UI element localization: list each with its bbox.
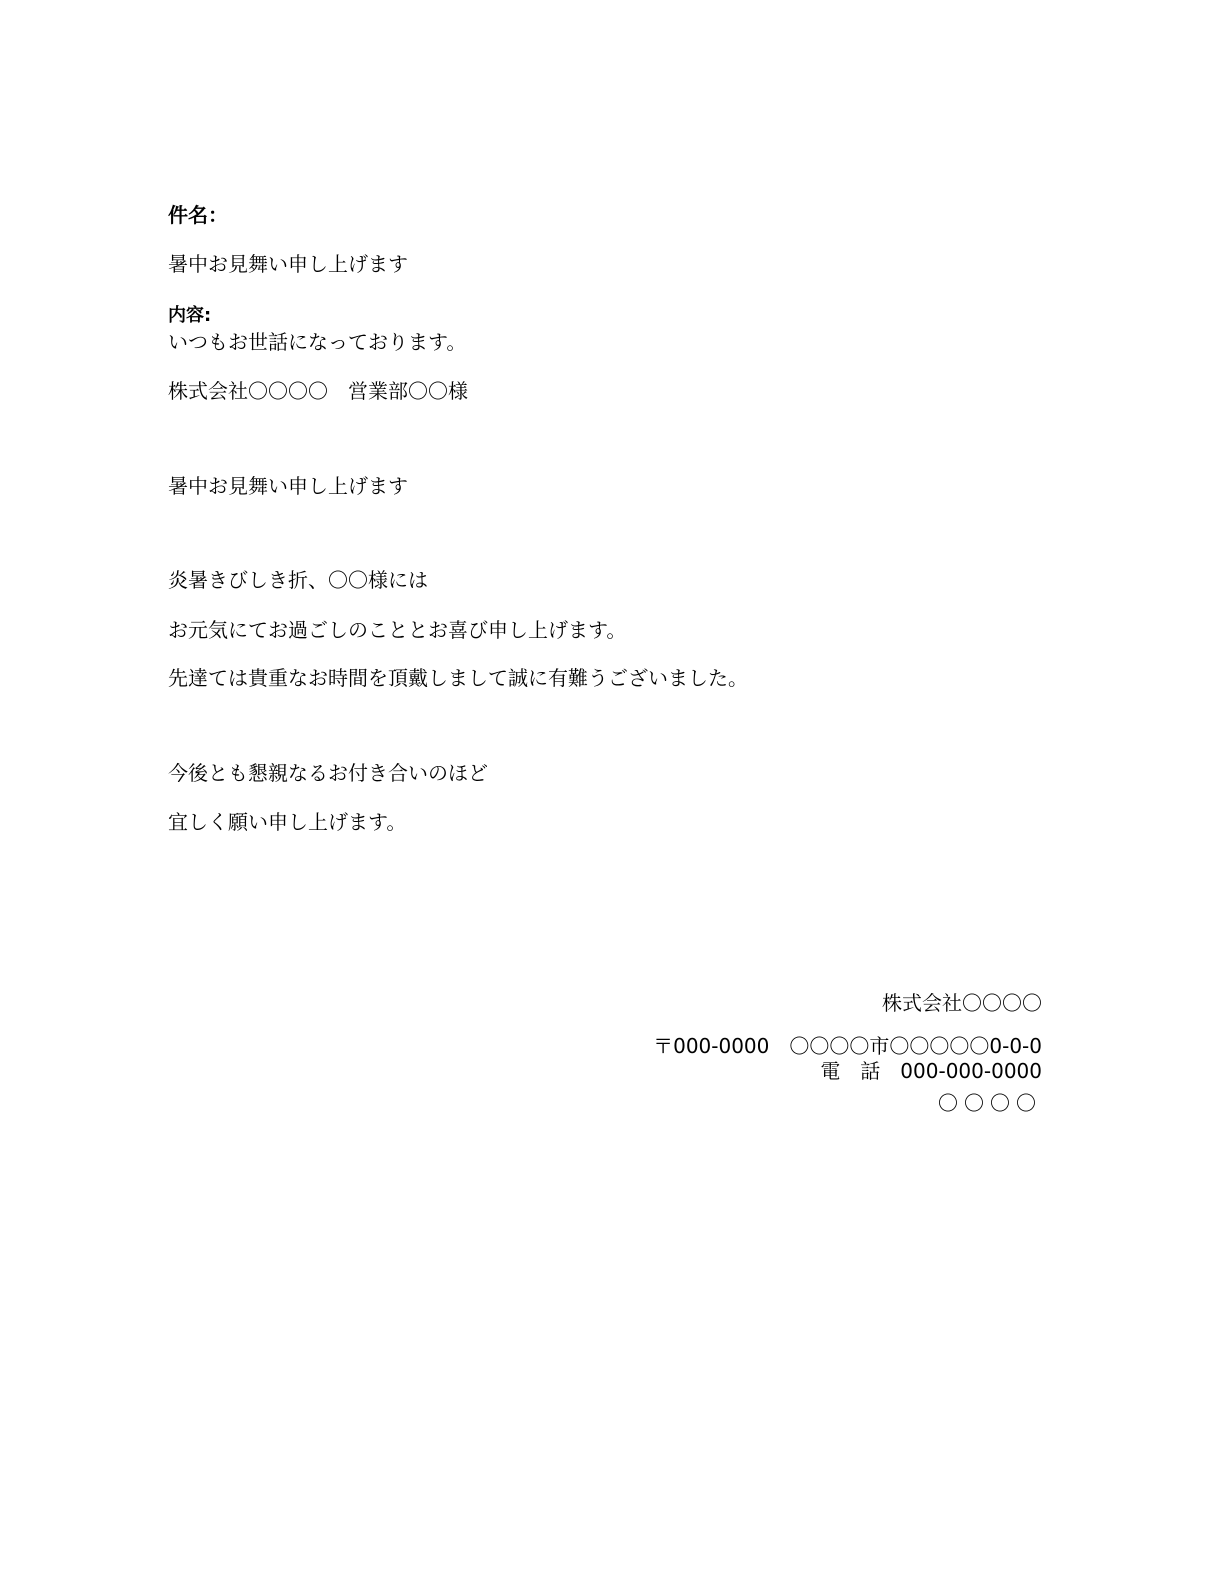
subject-label: 件名： (168, 203, 228, 227)
signature-address: 〒000-0000 〇〇〇〇市〇〇〇〇〇0-0-0 (653, 1034, 1042, 1058)
paragraph2-line: 今後とも懇親なるお付き合いのほど (168, 761, 488, 785)
recipient: 株式会社〇〇〇〇 営業部〇〇様 (168, 379, 468, 403)
signature-name: 〇〇〇〇 (938, 1091, 1042, 1115)
letter-title: 暑中お見舞い申し上げます (168, 474, 408, 498)
paragraph1-line: お元気にてお過ごしのこととお喜び申し上げます。 (168, 618, 626, 642)
greeting: いつもお世話になっております。 (168, 330, 466, 354)
signature-phone: 電 話 000-000-0000 (820, 1059, 1042, 1083)
paragraph1-line: 炎暑きびしき折、〇〇様には (168, 568, 428, 592)
paragraph1-line: 先達ては貴重なお時間を頂戴しまして誠に有難うございました。 (168, 666, 748, 690)
signature-company: 株式会社〇〇〇〇 (882, 991, 1042, 1015)
content-label: 内容: (168, 304, 211, 328)
paragraph2-line: 宜しく願い申し上げます。 (168, 810, 406, 834)
subject-value: 暑中お見舞い申し上げます (168, 252, 408, 276)
